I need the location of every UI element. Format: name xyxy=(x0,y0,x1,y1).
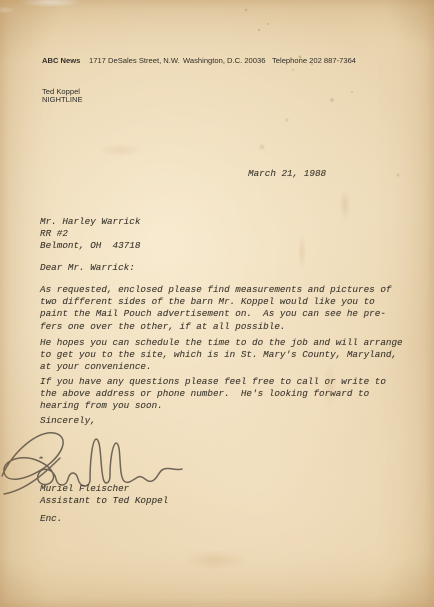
recipient-city: Belmont, OH 43718 xyxy=(40,240,140,252)
signoff-name: Muriel Fleischer xyxy=(40,483,168,495)
p1-line4: fers one over the other, if at all possi… xyxy=(40,321,391,333)
p3-line1: If you have any questions please feel fr… xyxy=(40,376,386,388)
date-line: March 21, 1988 xyxy=(248,168,326,180)
signoff-title: Assistant to Ted Koppel xyxy=(40,495,168,507)
recipient-name: Mr. Harley Warrick xyxy=(40,216,140,228)
enclosure-note: Enc. xyxy=(40,513,62,525)
p2-line1: He hopes you can schedule the time to do… xyxy=(40,337,403,349)
p1-line3: paint the Mail Pouch advertisement on. A… xyxy=(40,308,391,320)
letterhead-program: NIGHTLINE xyxy=(42,96,83,104)
p2-line3: at your convenience. xyxy=(40,361,403,373)
p3-line2: the above address or phone number. He's … xyxy=(40,388,386,400)
salutation: Dear Mr. Warrick: xyxy=(40,262,135,274)
p3-line3: hearing from you soon. xyxy=(40,400,386,412)
letterhead-org: ABC News xyxy=(42,57,80,65)
paragraph-1: As requested, enclosed please find measu… xyxy=(40,284,391,333)
p1-line2: two different sides of the barn Mr. Kopp… xyxy=(40,296,391,308)
p2-line2: to get you to the site, which is in St. … xyxy=(40,349,403,361)
p1-line1: As requested, enclosed please find measu… xyxy=(40,284,391,296)
letterhead-city: Washington, D.C. 20036 xyxy=(183,57,265,65)
letterhead-telephone: Telephone 202 887-7364 xyxy=(272,57,356,65)
letterhead-street: 1717 DeSales Street, N.W. xyxy=(89,57,180,65)
signoff-block: Muriel Fleischer Assistant to Ted Koppel xyxy=(40,483,168,507)
paragraph-3: If you have any questions please feel fr… xyxy=(40,376,386,413)
recipient-route: RR #2 xyxy=(40,228,140,240)
paragraph-2: He hopes you can schedule the time to do… xyxy=(40,337,403,374)
recipient-address: Mr. Harley Warrick RR #2 Belmont, OH 437… xyxy=(40,216,140,253)
letter-page: ABC News 1717 DeSales Street, N.W. Washi… xyxy=(0,0,434,607)
